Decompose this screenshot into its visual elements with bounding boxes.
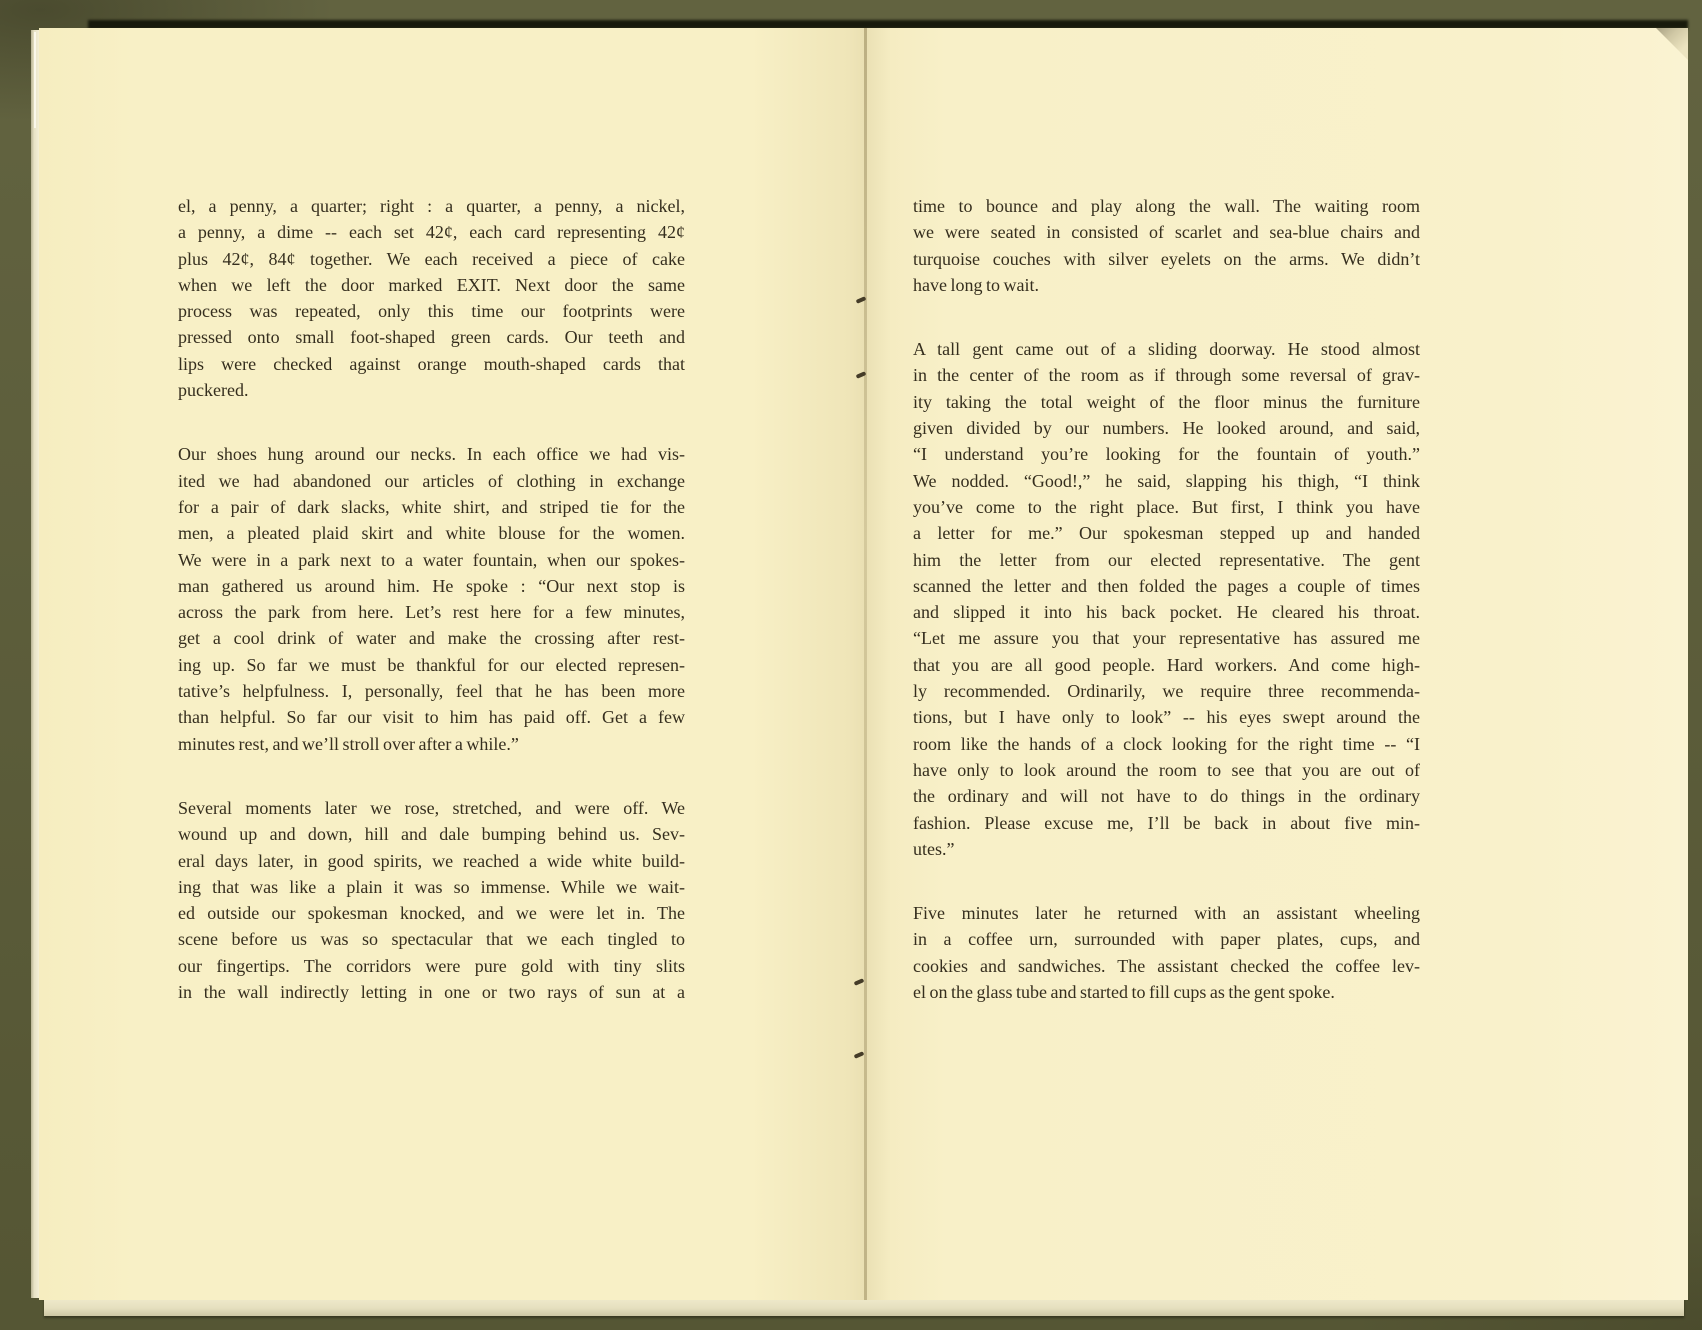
text-line: in the center of the room as if through … xyxy=(913,362,1420,388)
text-line: ited we had abandoned our articles of cl… xyxy=(178,468,685,494)
text-line: Several moments later we rose, stretched… xyxy=(178,795,685,821)
text-line: puckered. xyxy=(178,377,685,403)
text-line: We nodded. “Good!,” he said, slapping hi… xyxy=(913,468,1420,494)
book-photo: { "colors": { "cover_color": "#5a5b37", … xyxy=(0,0,1702,1330)
text-line: turquoise couches with silver eyelets on… xyxy=(913,246,1420,272)
text-line: time to bounce and play along the wall. … xyxy=(913,193,1420,219)
text-line: in a coffee urn, surrounded with paper p… xyxy=(913,926,1420,952)
text-line: when we left the door marked EXIT. Next … xyxy=(178,272,685,298)
text-line: “Let me assure you that your representat… xyxy=(913,625,1420,651)
text-line: eral days later, in good spirits, we rea… xyxy=(178,848,685,874)
text-line: across the park from here. Let’s rest he… xyxy=(178,599,685,625)
text-line: room like the hands of a clock looking f… xyxy=(913,731,1420,757)
page-edge-stack-bottom xyxy=(44,1298,1684,1316)
text-line: man gathered us around him. He spoke : “… xyxy=(178,573,685,599)
text-line: that you are all good people. Hard worke… xyxy=(913,652,1420,678)
text-line: the ordinary and will not have to do thi… xyxy=(913,783,1420,809)
text-line: tative’s helpfulness. I, personally, fee… xyxy=(178,678,685,704)
text-line: men, a pleated plaid skirt and white blo… xyxy=(178,520,685,546)
text-line: him the letter from our elected represen… xyxy=(913,547,1420,573)
text-line: scanned the letter and then folded the p… xyxy=(913,573,1420,599)
paragraph: Five minutes later he returned with an a… xyxy=(913,900,1420,1005)
text-line: and slipped it into his back pocket. He … xyxy=(913,599,1420,625)
text-line: A tall gent came out of a sliding doorwa… xyxy=(913,336,1420,362)
text-line: given divided by our numbers. He looked … xyxy=(913,415,1420,441)
paragraph: el, a penny, a quarter; right : a quarte… xyxy=(178,193,685,403)
text-line: cookies and sandwiches. The assistant ch… xyxy=(913,953,1420,979)
text-line: scene before us was so spectacular that … xyxy=(178,926,685,952)
text-line: have only to look around the room to see… xyxy=(913,757,1420,783)
text-line: Our shoes hung around our necks. In each… xyxy=(178,441,685,467)
text-line: than helpful. So far our visit to him ha… xyxy=(178,704,685,730)
paragraph: time to bounce and play along the wall. … xyxy=(913,193,1420,298)
text-line: ity taking the total weight of the floor… xyxy=(913,389,1420,415)
text-line: tions, but I have only to look” -- his e… xyxy=(913,704,1420,730)
text-line: ing up. So far we must be thankful for o… xyxy=(178,652,685,678)
text-line: el, a penny, a quarter; right : a quarte… xyxy=(178,193,685,219)
book-gutter xyxy=(864,28,867,1300)
text-line: lips were checked against orange mouth-s… xyxy=(178,351,685,377)
text-line: you’ve come to the right place. But firs… xyxy=(913,494,1420,520)
text-line: a letter for me.” Our spokesman stepped … xyxy=(913,520,1420,546)
text-line: for a pair of dark slacks, white shirt, … xyxy=(178,494,685,520)
page-edge-stack-left xyxy=(31,30,39,1298)
text-line: our fingertips. The corridors were pure … xyxy=(178,953,685,979)
paragraph: Our shoes hung around our necks. In each… xyxy=(178,441,685,757)
text-line: ing that was like a plain it was so imme… xyxy=(178,874,685,900)
page-edge-sliver xyxy=(34,32,36,128)
text-line: fashion. Please excuse me, I’ll be back … xyxy=(913,810,1420,836)
text-line: plus 42¢, 84¢ together. We each received… xyxy=(178,246,685,272)
text-line: a penny, a dime -- each set 42¢, each ca… xyxy=(178,219,685,245)
text-line: Five minutes later he returned with an a… xyxy=(913,900,1420,926)
text-line: minutes rest, and we’ll stroll over afte… xyxy=(178,731,685,757)
text-line: utes.” xyxy=(913,836,1420,862)
text-line: pressed onto small foot-shaped green car… xyxy=(178,324,685,350)
text-line: “I understand you’re looking for the fou… xyxy=(913,441,1420,467)
text-line: process was repeated, only this time our… xyxy=(178,298,685,324)
right-page-text: time to bounce and play along the wall. … xyxy=(913,193,1420,1005)
paragraph: A tall gent came out of a sliding doorwa… xyxy=(913,336,1420,862)
text-line: el on the glass tube and started to fill… xyxy=(913,979,1420,1005)
text-line: have long to wait. xyxy=(913,272,1420,298)
paragraph: Several moments later we rose, stretched… xyxy=(178,795,685,1005)
text-line: We were in a park next to a water founta… xyxy=(178,547,685,573)
text-line: ed outside our spokesman knocked, and we… xyxy=(178,900,685,926)
text-line: we were seated in consisted of scarlet a… xyxy=(913,219,1420,245)
text-line: ly recommended. Ordinarily, we require t… xyxy=(913,678,1420,704)
text-line: in the wall indirectly letting in one or… xyxy=(178,979,685,1005)
text-line: get a cool drink of water and make the c… xyxy=(178,625,685,651)
left-page-text: el, a penny, a quarter; right : a quarte… xyxy=(178,193,685,1005)
text-line: wound up and down, hill and dale bumping… xyxy=(178,821,685,847)
